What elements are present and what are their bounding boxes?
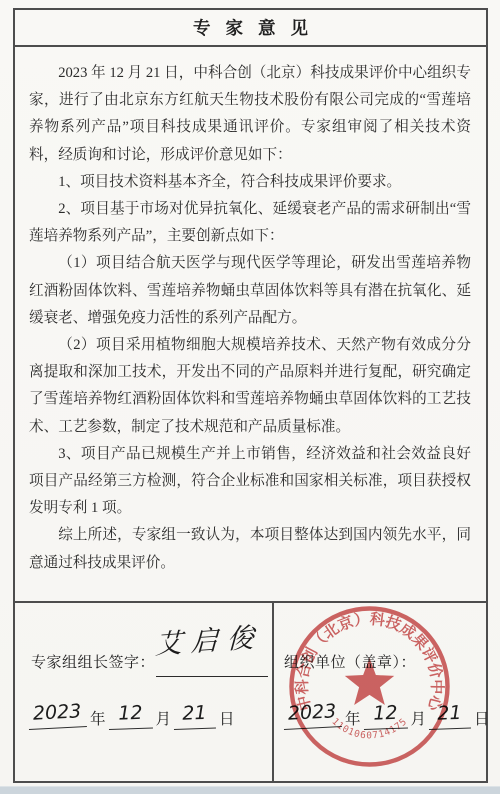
leader-signature: 艾启俊 xyxy=(154,615,263,662)
paragraph: 2、项目基于市场对优异抗氧化、延缓衰老产品的需求研制出“雪莲培养物系列产品”，主… xyxy=(29,196,471,250)
organization-date-day: 21 xyxy=(428,698,471,730)
organization-label: 组织单位（盖章）： xyxy=(284,651,416,672)
organization-date-row: 2023 年 12 月 21 日 xyxy=(284,699,493,730)
photo-edge-strip xyxy=(0,786,500,794)
signatory-date-year: 2023 xyxy=(27,696,87,730)
seal-ring xyxy=(292,609,448,765)
paragraph: （1）项目结合航天医学与现代医学等理论，研发出雪莲培养物红酒粉固体饮料、雪莲培养… xyxy=(29,250,471,332)
document-body: 2023 年 12 月 21 日，中科合创（北京）科技成果评价中心组织专家，进行… xyxy=(15,47,486,601)
signatory-date-row: 2023 年 12 月 21 日 xyxy=(29,699,238,730)
organization-cell: 组织单位（盖章）： 2023 年 12 月 21 日 xyxy=(274,603,486,781)
signatory-date-month: 12 xyxy=(107,697,152,730)
signature-section: 专家组组长签字： 艾启俊 2023 年 12 月 21 日 组织单位（盖章）： … xyxy=(15,601,486,781)
year-label: 年 xyxy=(87,707,109,730)
page-title: 专家意见 xyxy=(178,15,323,40)
month-label: 月 xyxy=(153,707,175,730)
organization-date-year: 2023 xyxy=(282,696,342,730)
paragraph: 综上所述，专家组一致认为，本项目整体达到国内领先水平，同意通过科技成果评价。 xyxy=(29,522,471,576)
document-table: 专家意见 2023 年 12 月 21 日，中科合创（北京）科技成果评价中心组织… xyxy=(13,8,488,783)
year-label: 年 xyxy=(342,707,364,730)
organization-date-month: 12 xyxy=(362,697,407,730)
official-seal: 中科合创（北京）科技成果评价中心 1101060714175 xyxy=(272,589,467,784)
paragraph: 2023 年 12 月 21 日，中科合创（北京）科技成果评价中心组织专家，进行… xyxy=(29,60,471,169)
paragraph: 3、项目产品已规模生产并上市销售，经济效益和社会效益良好项目产品经第三方检测，符… xyxy=(29,441,471,523)
scanned-page: 专家意见 2023 年 12 月 21 日，中科合创（北京）科技成果评价中心组织… xyxy=(0,0,500,794)
signatory-date-day: 21 xyxy=(173,698,216,730)
signature-underline xyxy=(156,676,268,677)
signatory-label: 专家组组长签字： xyxy=(31,651,155,672)
month-label: 月 xyxy=(408,707,430,730)
day-label: 日 xyxy=(216,707,238,730)
paragraph: 1、项目技术资料基本齐全，符合科技成果评价要求。 xyxy=(29,169,471,196)
signatory-cell: 专家组组长签字： 艾启俊 2023 年 12 月 21 日 xyxy=(15,603,274,781)
day-label: 日 xyxy=(471,707,493,730)
paragraph: （2）项目采用植物细胞大规模培养技术、天然产物有效成分分离提取和深加工技术，开发… xyxy=(29,332,471,441)
title-row: 专家意见 xyxy=(15,10,486,47)
